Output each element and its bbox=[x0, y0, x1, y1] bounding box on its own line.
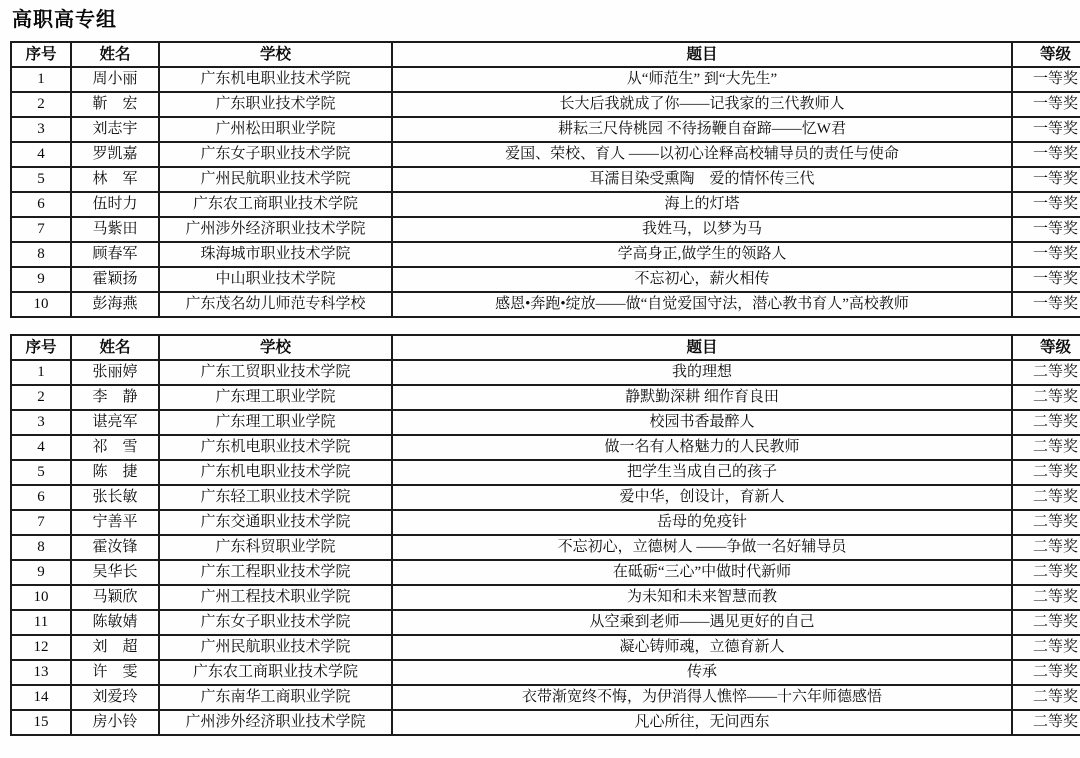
row-number-cell: 10 bbox=[11, 585, 71, 610]
column-header-1: 姓名 bbox=[71, 42, 159, 67]
school-cell: 中山职业技术学院 bbox=[159, 267, 392, 292]
award-cell: 二等奖 bbox=[1012, 410, 1080, 435]
school-cell: 广州民航职业技术学院 bbox=[159, 167, 392, 192]
award-cell: 一等奖 bbox=[1012, 267, 1080, 292]
title-cell: 传承 bbox=[392, 660, 1012, 685]
school-cell: 珠海城市职业技术学院 bbox=[159, 242, 392, 267]
table-row: 5林 军广州民航职业技术学院耳濡目染受熏陶 爱的情怀传三代一等奖 bbox=[11, 167, 1080, 192]
title-cell: 在砥砺“三心”中做时代新师 bbox=[392, 560, 1012, 585]
table-row: 1张丽婷广东工贸职业技术学院我的理想二等奖 bbox=[11, 360, 1080, 385]
award-cell: 二等奖 bbox=[1012, 435, 1080, 460]
row-number-cell: 5 bbox=[11, 460, 71, 485]
table-row: 6伍时力广东农工商职业技术学院海上的灯塔一等奖 bbox=[11, 192, 1080, 217]
document-page: 高职高专组 序号姓名学校题目等级 1周小丽广东机电职业技术学院从“师范生” 到“… bbox=[0, 0, 1080, 758]
award-cell: 二等奖 bbox=[1012, 660, 1080, 685]
table-row: 8顾春军珠海城市职业技术学院学高身正,做学生的领路人一等奖 bbox=[11, 242, 1080, 267]
award-cell: 一等奖 bbox=[1012, 242, 1080, 267]
row-number-cell: 12 bbox=[11, 635, 71, 660]
school-cell: 广东机电职业技术学院 bbox=[159, 460, 392, 485]
school-cell: 广东农工商职业技术学院 bbox=[159, 192, 392, 217]
title-cell: 凡心所往，无问西东 bbox=[392, 710, 1012, 735]
page-title: 高职高专组 bbox=[12, 8, 1068, 32]
title-cell: 为未知和未来智慧而教 bbox=[392, 585, 1012, 610]
row-number-cell: 3 bbox=[11, 117, 71, 142]
title-cell: 耕耘三尺侍桃园 不待扬鞭自奋蹄——忆W君 bbox=[392, 117, 1012, 142]
table-row: 7马紫田广州涉外经济职业技术学院我姓马，以梦为马一等奖 bbox=[11, 217, 1080, 242]
title-cell: 衣带渐宽终不悔，为伊消得人憔悴——十六年师德感悟 bbox=[392, 685, 1012, 710]
title-cell: 学高身正,做学生的领路人 bbox=[392, 242, 1012, 267]
table-row: 4祁 雪广东机电职业技术学院做一名有人格魅力的人民教师二等奖 bbox=[11, 435, 1080, 460]
row-number-cell: 8 bbox=[11, 242, 71, 267]
table-row: 4罗凯嘉广东女子职业技术学院爱国、荣校、育人 ——以初心诠释高校辅导员的责任与使… bbox=[11, 142, 1080, 167]
table-row: 9霍颖扬中山职业技术学院不忘初心，薪火相传一等奖 bbox=[11, 267, 1080, 292]
title-cell: 从空乘到老师——遇见更好的自己 bbox=[392, 610, 1012, 635]
row-number-cell: 6 bbox=[11, 192, 71, 217]
title-cell: 爱国、荣校、育人 ——以初心诠释高校辅导员的责任与使命 bbox=[392, 142, 1012, 167]
name-cell: 许 雯 bbox=[71, 660, 159, 685]
row-number-cell: 3 bbox=[11, 410, 71, 435]
table-header-row: 序号姓名学校题目等级 bbox=[11, 335, 1080, 360]
name-cell: 马颖欣 bbox=[71, 585, 159, 610]
title-cell: 不忘初心，立德树人 ——争做一名好辅导员 bbox=[392, 535, 1012, 560]
column-header-4: 等级 bbox=[1012, 42, 1080, 67]
title-cell: 校园书香最醉人 bbox=[392, 410, 1012, 435]
table-row: 3刘志宇广州松田职业学院耕耘三尺侍桃园 不待扬鞭自奋蹄——忆W君一等奖 bbox=[11, 117, 1080, 142]
award-cell: 二等奖 bbox=[1012, 685, 1080, 710]
title-cell: 凝心铸师魂，立德育新人 bbox=[392, 635, 1012, 660]
column-header-2: 学校 bbox=[159, 335, 392, 360]
row-number-cell: 1 bbox=[11, 360, 71, 385]
name-cell: 刘爱玲 bbox=[71, 685, 159, 710]
table-row: 13许 雯广东农工商职业技术学院传承二等奖 bbox=[11, 660, 1080, 685]
table-row: 10马颖欣广州工程技术职业学院为未知和未来智慧而教二等奖 bbox=[11, 585, 1080, 610]
award-cell: 二等奖 bbox=[1012, 710, 1080, 735]
school-cell: 广东机电职业技术学院 bbox=[159, 435, 392, 460]
name-cell: 顾春军 bbox=[71, 242, 159, 267]
row-number-cell: 4 bbox=[11, 142, 71, 167]
table-row: 2李 静广东理工职业学院静默勤深耕 细作育良田二等奖 bbox=[11, 385, 1080, 410]
column-header-0: 序号 bbox=[11, 42, 71, 67]
title-cell: 做一名有人格魅力的人民教师 bbox=[392, 435, 1012, 460]
title-cell: 耳濡目染受熏陶 爱的情怀传三代 bbox=[392, 167, 1012, 192]
name-cell: 李 静 bbox=[71, 385, 159, 410]
table-row: 8霍汝锋广东科贸职业学院不忘初心，立德树人 ——争做一名好辅导员二等奖 bbox=[11, 535, 1080, 560]
award-cell: 一等奖 bbox=[1012, 192, 1080, 217]
name-cell: 谌亮军 bbox=[71, 410, 159, 435]
table-header-row: 序号姓名学校题目等级 bbox=[11, 42, 1080, 67]
second-prize-table: 序号姓名学校题目等级 1张丽婷广东工贸职业技术学院我的理想二等奖2李 静广东理工… bbox=[10, 334, 1080, 736]
award-cell: 二等奖 bbox=[1012, 585, 1080, 610]
award-cell: 一等奖 bbox=[1012, 117, 1080, 142]
row-number-cell: 1 bbox=[11, 67, 71, 92]
award-cell: 二等奖 bbox=[1012, 385, 1080, 410]
table-row: 1周小丽广东机电职业技术学院从“师范生” 到“大先生”一等奖 bbox=[11, 67, 1080, 92]
school-cell: 广东南华工商职业学院 bbox=[159, 685, 392, 710]
school-cell: 广东工贸职业技术学院 bbox=[159, 360, 392, 385]
award-cell: 二等奖 bbox=[1012, 460, 1080, 485]
table-row: 3谌亮军广东理工职业学院校园书香最醉人二等奖 bbox=[11, 410, 1080, 435]
name-cell: 彭海燕 bbox=[71, 292, 159, 317]
title-cell: 岳母的免疫针 bbox=[392, 510, 1012, 535]
title-cell: 不忘初心，薪火相传 bbox=[392, 267, 1012, 292]
row-number-cell: 5 bbox=[11, 167, 71, 192]
award-cell: 一等奖 bbox=[1012, 167, 1080, 192]
school-cell: 广东轻工职业技术学院 bbox=[159, 485, 392, 510]
title-cell: 把学生当成自己的孩子 bbox=[392, 460, 1012, 485]
award-cell: 一等奖 bbox=[1012, 92, 1080, 117]
school-cell: 广东机电职业技术学院 bbox=[159, 67, 392, 92]
title-cell: 海上的灯塔 bbox=[392, 192, 1012, 217]
school-cell: 广东女子职业技术学院 bbox=[159, 610, 392, 635]
column-header-2: 学校 bbox=[159, 42, 392, 67]
column-header-1: 姓名 bbox=[71, 335, 159, 360]
table-row: 9吴华长广东工程职业技术学院在砥砺“三心”中做时代新师二等奖 bbox=[11, 560, 1080, 585]
column-header-3: 题目 bbox=[392, 335, 1012, 360]
name-cell: 吴华长 bbox=[71, 560, 159, 585]
name-cell: 张丽婷 bbox=[71, 360, 159, 385]
name-cell: 张长敏 bbox=[71, 485, 159, 510]
row-number-cell: 9 bbox=[11, 560, 71, 585]
school-cell: 广东女子职业技术学院 bbox=[159, 142, 392, 167]
row-number-cell: 2 bbox=[11, 92, 71, 117]
table-row: 14刘爱玲广东南华工商职业学院衣带渐宽终不悔，为伊消得人憔悴——十六年师德感悟二… bbox=[11, 685, 1080, 710]
title-cell: 我的理想 bbox=[392, 360, 1012, 385]
first-prize-table: 序号姓名学校题目等级 1周小丽广东机电职业技术学院从“师范生” 到“大先生”一等… bbox=[10, 41, 1080, 318]
school-cell: 广州工程技术职业学院 bbox=[159, 585, 392, 610]
row-number-cell: 13 bbox=[11, 660, 71, 685]
school-cell: 广东农工商职业技术学院 bbox=[159, 660, 392, 685]
row-number-cell: 15 bbox=[11, 710, 71, 735]
title-cell: 从“师范生” 到“大先生” bbox=[392, 67, 1012, 92]
row-number-cell: 7 bbox=[11, 510, 71, 535]
name-cell: 伍时力 bbox=[71, 192, 159, 217]
table-row: 5陈 捷广东机电职业技术学院把学生当成自己的孩子二等奖 bbox=[11, 460, 1080, 485]
table-row: 2靳 宏广东职业技术学院长大后我就成了你——记我家的三代教师人一等奖 bbox=[11, 92, 1080, 117]
name-cell: 霍颖扬 bbox=[71, 267, 159, 292]
row-number-cell: 4 bbox=[11, 435, 71, 460]
name-cell: 房小铃 bbox=[71, 710, 159, 735]
title-cell: 爱中华，创设计，育新人 bbox=[392, 485, 1012, 510]
name-cell: 宁善平 bbox=[71, 510, 159, 535]
school-cell: 广州民航职业技术学院 bbox=[159, 635, 392, 660]
school-cell: 广东理工职业学院 bbox=[159, 410, 392, 435]
name-cell: 陈 捷 bbox=[71, 460, 159, 485]
school-cell: 广东交通职业技术学院 bbox=[159, 510, 392, 535]
name-cell: 刘志宇 bbox=[71, 117, 159, 142]
title-cell: 长大后我就成了你——记我家的三代教师人 bbox=[392, 92, 1012, 117]
award-cell: 二等奖 bbox=[1012, 510, 1080, 535]
name-cell: 刘 超 bbox=[71, 635, 159, 660]
row-number-cell: 2 bbox=[11, 385, 71, 410]
table-row: 10彭海燕广东茂名幼儿师范专科学校感恩•奔跑•绽放——做“自觉爱国守法，潜心教书… bbox=[11, 292, 1080, 317]
school-cell: 广州松田职业学院 bbox=[159, 117, 392, 142]
award-cell: 二等奖 bbox=[1012, 485, 1080, 510]
award-cell: 一等奖 bbox=[1012, 292, 1080, 317]
school-cell: 广州涉外经济职业技术学院 bbox=[159, 710, 392, 735]
name-cell: 陈敏婧 bbox=[71, 610, 159, 635]
column-header-0: 序号 bbox=[11, 335, 71, 360]
school-cell: 广东科贸职业学院 bbox=[159, 535, 392, 560]
title-cell: 感恩•奔跑•绽放——做“自觉爱国守法，潜心教书育人”高校教师 bbox=[392, 292, 1012, 317]
award-cell: 一等奖 bbox=[1012, 217, 1080, 242]
title-cell: 静默勤深耕 细作育良田 bbox=[392, 385, 1012, 410]
column-header-4: 等级 bbox=[1012, 335, 1080, 360]
name-cell: 霍汝锋 bbox=[71, 535, 159, 560]
name-cell: 马紫田 bbox=[71, 217, 159, 242]
row-number-cell: 7 bbox=[11, 217, 71, 242]
title-cell: 我姓马，以梦为马 bbox=[392, 217, 1012, 242]
award-cell: 一等奖 bbox=[1012, 67, 1080, 92]
column-header-3: 题目 bbox=[392, 42, 1012, 67]
award-cell: 二等奖 bbox=[1012, 360, 1080, 385]
name-cell: 靳 宏 bbox=[71, 92, 159, 117]
table-row: 12刘 超广州民航职业技术学院凝心铸师魂，立德育新人二等奖 bbox=[11, 635, 1080, 660]
row-number-cell: 9 bbox=[11, 267, 71, 292]
table-row: 11陈敏婧广东女子职业技术学院从空乘到老师——遇见更好的自己二等奖 bbox=[11, 610, 1080, 635]
name-cell: 林 军 bbox=[71, 167, 159, 192]
row-number-cell: 11 bbox=[11, 610, 71, 635]
school-cell: 广州涉外经济职业技术学院 bbox=[159, 217, 392, 242]
row-number-cell: 8 bbox=[11, 535, 71, 560]
name-cell: 周小丽 bbox=[71, 67, 159, 92]
award-cell: 二等奖 bbox=[1012, 535, 1080, 560]
school-cell: 广东理工职业学院 bbox=[159, 385, 392, 410]
name-cell: 祁 雪 bbox=[71, 435, 159, 460]
award-cell: 二等奖 bbox=[1012, 560, 1080, 585]
award-cell: 二等奖 bbox=[1012, 635, 1080, 660]
table-row: 15房小铃广州涉外经济职业技术学院凡心所往，无问西东二等奖 bbox=[11, 710, 1080, 735]
school-cell: 广东工程职业技术学院 bbox=[159, 560, 392, 585]
row-number-cell: 14 bbox=[11, 685, 71, 710]
name-cell: 罗凯嘉 bbox=[71, 142, 159, 167]
school-cell: 广东茂名幼儿师范专科学校 bbox=[159, 292, 392, 317]
award-cell: 二等奖 bbox=[1012, 610, 1080, 635]
row-number-cell: 10 bbox=[11, 292, 71, 317]
award-cell: 一等奖 bbox=[1012, 142, 1080, 167]
table-row: 7宁善平广东交通职业技术学院岳母的免疫针二等奖 bbox=[11, 510, 1080, 535]
row-number-cell: 6 bbox=[11, 485, 71, 510]
table-row: 6张长敏广东轻工职业技术学院爱中华，创设计，育新人二等奖 bbox=[11, 485, 1080, 510]
school-cell: 广东职业技术学院 bbox=[159, 92, 392, 117]
